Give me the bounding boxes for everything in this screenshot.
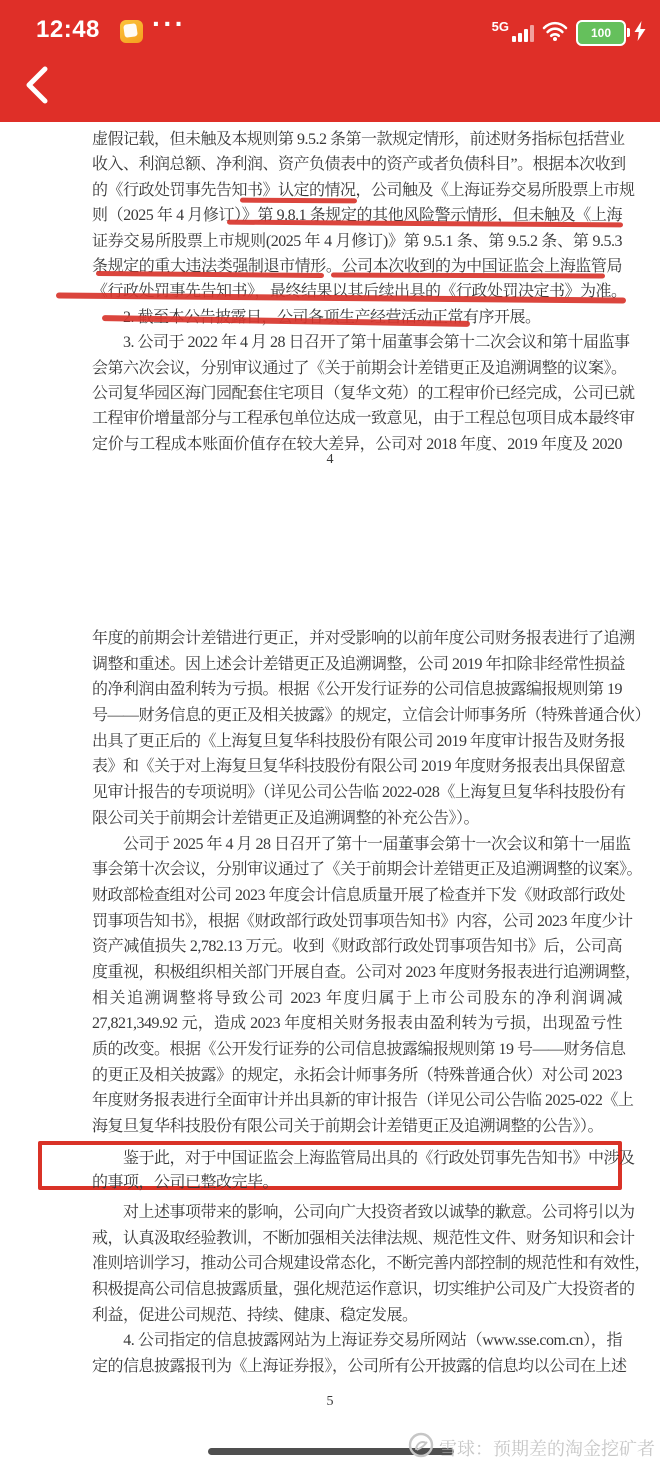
watermark-text: 雪球：预期差的淘金挖矿者 — [439, 1435, 655, 1461]
page5-text-after-box: 对上述事项带来的影响，公司向广大投资者致以诚挚的歉意。公司将引以为戒，认真汲取经… — [92, 1200, 622, 1380]
wifi-icon — [542, 20, 568, 47]
document-line: 戒，认真汲取经验教训，不断加强相关法律法规、规范性文件、财务知识和会计 — [92, 1226, 622, 1252]
document-line: 的更正及相关披露》的规定，永拓会计师事务所（特殊普通合伙）对公司 2023 — [92, 1063, 622, 1089]
document-line: 积极提高公司信息披露质量，强化规范运作意识，切实维护公司及广大投资者的 — [92, 1277, 622, 1303]
document-line: 收入、利润总额、净利润、资产负债表中的资产或者负债科目”。根据本次收到 — [92, 152, 622, 177]
document-line: 准则培训学习，推动公司合规建设常态化，不断完善内部控制的规范性和有效性， — [92, 1251, 622, 1277]
document-line: 质的改变。根据《公开发行证券的公司信息披露编报规则第 19 号——财务信息 — [92, 1037, 622, 1063]
document-line: 工程审价增量部分与工程承包单位达成一致意见，由于工程总包项目成本最终审 — [92, 406, 622, 431]
document-line: 资产减值损失 2,782.13 万元。收到《财政部行政处罚事项告知书》后，公司高 — [92, 934, 622, 960]
document-line: 证券交易所股票上市规则(2025 年 4 月修订)》第 9.5.1 条、第 9.… — [92, 229, 622, 254]
status-right-cluster: 5G 100 — [492, 20, 646, 46]
document-line: 调整和重述。因上述会计差错更正及追溯调整，公司 2019 年扣除非经常性损益 — [92, 652, 622, 678]
status-more-icon: ··· — [152, 8, 186, 40]
screen: 12:48 ··· 5G 100 — [0, 0, 660, 1467]
app-header: 12:48 ··· 5G 100 — [0, 0, 660, 122]
charging-bolt-icon — [634, 21, 646, 46]
document-line: 相关追溯调整将导致公司 2023 年度归属于上市公司股东的净利润调减 — [92, 986, 622, 1012]
document-line: 年度财务报表进行全面审计并出具新的审计报告（详见公司公告临 2025-022《上 — [92, 1088, 622, 1114]
page5-number: 5 — [0, 1394, 660, 1410]
note-icon — [120, 20, 143, 43]
document-line: 公司于 2025 年 4 月 28 日召开了第十一届董事会第十一次会议和第十一届… — [92, 832, 622, 858]
document-line: 对上述事项带来的影响，公司向广大投资者致以诚挚的歉意。公司将引以为 — [92, 1200, 622, 1226]
page4-number: 4 — [0, 452, 660, 468]
document-line: 4. 公司指定的信息披露网站为上海证券交易所网站（www.sse.com.cn）… — [92, 1328, 622, 1354]
battery-nub — [627, 28, 630, 37]
page5-text: 年度的前期会计差错进行更正，并对受影响的以前年度公司财务报表进行了追溯调整和重述… — [92, 626, 622, 1140]
document-line: 公司复华园区海门园配套住宅项目（复华文苑）的工程审价已经完成，公司已就 — [92, 381, 622, 406]
document-line: 事会第十次会议，分别审议通过了《关于前期会计差错更正及追溯调整的议案》。 — [92, 857, 622, 883]
battery-icon: 100 — [576, 20, 626, 46]
signal-icon: 5G — [492, 25, 534, 42]
document-line: 27,821,349.92 元，造成 2023 年度相关财务报表由盈利转为亏损，… — [92, 1011, 622, 1037]
document-line: 号——财务信息的更正及相关披露》的规定，立信会计师事务所（特殊普通合伙） — [92, 703, 622, 729]
document-line: 3. 公司于 2022 年 4 月 28 日召开了第十届董事会第十二次会议和第十… — [92, 330, 622, 355]
document-line: 罚事项告知书》，根据《财政部行政处罚事项告知书》内容，公司 2023 年度少计 — [92, 909, 622, 935]
document-line: 鉴于此，对于中国证监会上海监管局出具的《行政处罚事先告知书》中涉及 — [92, 1147, 616, 1171]
xueqiu-logo-icon — [408, 1432, 434, 1463]
document-line: 会第六次会议，分别审议通过了《关于前期会计差错更正及追溯调整的议案》。 — [92, 356, 622, 381]
network-type-label: 5G — [492, 19, 509, 34]
highlight-box-text: 鉴于此，对于中国证监会上海监管局出具的《行政处罚事先告知书》中涉及的事项，公司已… — [92, 1147, 616, 1194]
document-line: 财政部检查组对公司 2023 年度会计信息质量开展了检查并下发《财政部行政处 — [92, 883, 622, 909]
status-time: 12:48 — [36, 16, 100, 44]
red-underline-mark — [331, 273, 605, 279]
document-line: 定的信息披露报刊为《上海证券报》，公司所有公开披露的信息均以公司在上述 — [92, 1354, 622, 1380]
document-line: 表》和《关于对上海复旦复华科技股份有限公司 2019 年度财务报表出具保留意 — [92, 754, 622, 780]
document-line: 见审计报告的专项说明》（详见公司公告临 2022-028《上海复旦复华科技股份有 — [92, 780, 622, 806]
page4-text: 虚假记载，但未触及本规则第 9.5.2 条第一款规定情形，前述财务指标包括营业收… — [92, 127, 622, 457]
signal-bars-icon — [512, 25, 534, 42]
document-line: 的净利润由盈利转为亏损。根据《公开发行证券的公司信息披露编报规则第 19 — [92, 677, 622, 703]
document-line: 利益，促进公司规范、持续、健康、稳定发展。 — [92, 1303, 622, 1329]
document-line: 虚假记载，但未触及本规则第 9.5.2 条第一款规定情形，前述财务指标包括营业 — [92, 127, 622, 152]
document-line: 的《行政处罚事先告知书》认定的情况，公司触及《上海证券交易所股票上市规 — [92, 178, 622, 203]
watermark: 雪球：预期差的淘金挖矿者 — [408, 1432, 655, 1463]
document-line: 限公司关于前期会计差错更正及追溯调整的补充公告》）。 — [92, 806, 622, 832]
note-icon-inner — [123, 23, 138, 38]
document-line: 海复旦复华科技股份有限公司关于前期会计差错更正及追溯调整的公告》）。 — [92, 1114, 622, 1140]
battery-percent: 100 — [591, 26, 611, 40]
red-underline-mark — [240, 198, 357, 204]
document-line: 年度的前期会计差错进行更正，并对受影响的以前年度公司财务报表进行了追溯 — [92, 626, 622, 652]
highlight-box: 鉴于此，对于中国证监会上海监管局出具的《行政处罚事先告知书》中涉及的事项，公司已… — [38, 1141, 622, 1190]
back-button[interactable] — [22, 64, 52, 111]
document-line: 度重视，积极组织相关部门开展自查。公司对 2023 年度财务报表进行追溯调整， — [92, 960, 622, 986]
document-line: 出具了更正后的《上海复旦复华科技股份有限公司 2019 年度审计报告及财务报 — [92, 729, 622, 755]
document-line: 的事项，公司已整改完毕。 — [92, 1171, 616, 1195]
